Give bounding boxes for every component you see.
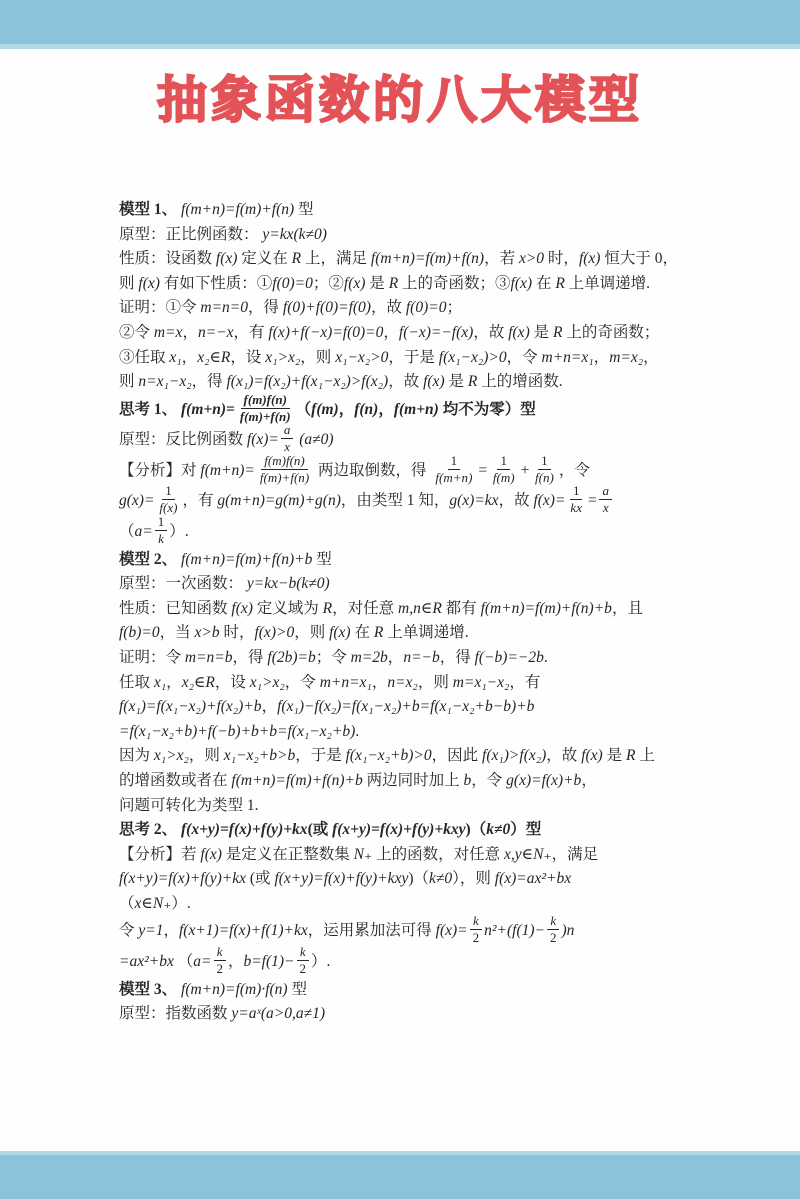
text-run: f(x) xyxy=(511,275,533,292)
text-run: f(m+n) xyxy=(435,470,472,485)
text-line: 模型 3、 f(m+n)=f(m)·f(n) 型 xyxy=(119,978,705,1003)
text-run: ，因此 xyxy=(432,747,482,764)
text-run: . xyxy=(544,649,548,666)
text-run: g(x)= xyxy=(119,492,154,509)
text-run: ，则 xyxy=(189,747,224,764)
text-run: 证明：①令 xyxy=(119,299,200,316)
text-run: 原型：正比例函数： xyxy=(119,226,262,243)
top-border-band-edge xyxy=(0,44,800,49)
text-run: 令 xyxy=(119,922,138,939)
text-run: f(x) xyxy=(579,250,601,267)
text-run: R xyxy=(389,275,398,292)
text-run: 的增函数或者在 xyxy=(119,772,231,789)
text-run: f(x) xyxy=(508,324,530,341)
text-run: ， xyxy=(228,953,244,970)
text-run: （ xyxy=(119,523,135,540)
text-run: 上的奇函数； xyxy=(562,324,659,341)
text-line: 则 n=x₁−x₂，得 f(x₁)=f(x₂)+f(x₁−x₂)>f(x₂)，故… xyxy=(119,370,705,395)
text-line: 思考 2、 f(x+y)=f(x)+f(y)+kx(或 f(x+y)=f(x)+… xyxy=(119,818,705,843)
text-run: 1 xyxy=(500,453,507,468)
fraction-numerator: 1 xyxy=(497,454,510,470)
text-run: k xyxy=(473,913,479,928)
text-line: 证明：①令 m=n=0，得 f(0)+f(0)=f(0)，故 f(0)=0； xyxy=(119,296,705,321)
fraction-numerator: 1 xyxy=(538,454,551,470)
text-run: ，有 xyxy=(234,324,269,341)
text-run: ，故 xyxy=(371,299,406,316)
fraction-denominator: 2 xyxy=(547,930,560,945)
text-run: ，有 xyxy=(509,674,540,691)
fraction: ax xyxy=(599,484,612,515)
text-run: ， xyxy=(339,401,355,418)
text-run: 型 xyxy=(294,201,313,218)
text-run: ，故 xyxy=(473,324,508,341)
text-run: ，设 xyxy=(215,674,250,691)
text-run: f(m+n)=f(m)+f(n) xyxy=(371,250,484,267)
text-line: 原型：正比例函数： y=kx(k≠0) xyxy=(119,223,705,248)
text-run: 1 xyxy=(158,514,165,529)
fraction-denominator: 2 xyxy=(213,961,226,976)
text-run: x₁>x₂ xyxy=(250,674,285,691)
text-run: k≠0 xyxy=(486,821,510,838)
text-run: 有如下性质：① xyxy=(160,275,272,292)
text-run: ，则 xyxy=(418,674,453,691)
text-run: f(m+n)= xyxy=(200,462,255,479)
text-run: f(m+n)=f(m)·f(n) xyxy=(181,981,288,998)
fraction: k2 xyxy=(470,914,483,945)
text-run: = xyxy=(587,492,597,509)
text-run: ）. xyxy=(311,953,330,970)
text-run: f(0)+f(0)=f(0) xyxy=(283,299,371,316)
text-run: m=x₂ xyxy=(609,349,643,366)
text-run: f(−x)=−f(x) xyxy=(399,324,473,341)
text-run: x xyxy=(284,439,290,454)
text-run: y=aˣ(a>0,a≠1) xyxy=(231,1005,325,1022)
text-run: f(x) xyxy=(138,275,160,292)
text-run: m+n=x₁ xyxy=(542,349,594,366)
fraction-numerator: k xyxy=(297,945,309,961)
text-run: ），则 xyxy=(452,870,495,887)
fraction-denominator: f(n) xyxy=(532,470,557,485)
text-run: f(x) xyxy=(231,600,253,617)
fraction-numerator: k xyxy=(214,945,226,961)
page-title: 抽象函数的八大模型 xyxy=(0,60,800,132)
text-run: x₁−x₂>0 xyxy=(335,349,388,366)
fraction: ax xyxy=(281,423,294,454)
text-run: g(x)=kx xyxy=(449,492,498,509)
text-run: 思考 2、 xyxy=(119,821,181,838)
text-line: =f(x₁−x₂+b)+f(−b)+b+b=f(x₁−x₂+b). xyxy=(119,720,705,745)
text-run: 2 xyxy=(216,961,223,976)
text-run: f(m+n)=f(m)+f(n)+b xyxy=(481,600,612,617)
text-run: ，当 xyxy=(160,624,195,641)
text-run: 2 xyxy=(550,930,557,945)
text-run: f(x)=ax²+bx xyxy=(495,870,571,887)
top-border-band xyxy=(0,0,800,44)
fraction: 1f(n) xyxy=(532,454,557,485)
text-run: 2 xyxy=(473,930,480,945)
text-line: =ax²+bx （a=k2，b=f(1)−k2）. xyxy=(119,947,705,978)
text-run: f(x) xyxy=(581,747,603,764)
text-run: n=x₁−x₂ xyxy=(138,373,191,390)
text-run: f(x)= xyxy=(247,431,279,448)
text-run: k xyxy=(217,944,223,959)
text-run: ，由类型 1 知， xyxy=(341,492,450,509)
fraction: 1f(m+n) xyxy=(432,454,475,485)
text-run: m,n∈R xyxy=(398,600,442,617)
text-run: ； xyxy=(446,299,462,316)
text-run: 思考 1、 xyxy=(119,401,181,418)
text-run: 因为 xyxy=(119,747,154,764)
text-run: f(m) xyxy=(493,470,515,485)
text-run: f(2b)=b xyxy=(267,649,315,666)
text-run: x₁>x₂ xyxy=(154,747,189,764)
text-run: ， xyxy=(262,698,278,715)
text-run: y=kx(k≠0) xyxy=(262,226,327,243)
text-run: )（ xyxy=(466,821,487,838)
text-run: = xyxy=(477,462,487,479)
text-run: a xyxy=(602,483,609,498)
text-run: ，对任意 xyxy=(332,600,398,617)
text-run: 【分析】若 xyxy=(119,846,200,863)
text-run: g(x)=f(x)+b xyxy=(506,772,581,789)
text-run: f(x)= xyxy=(533,492,565,509)
text-run: f(0)=0 xyxy=(406,299,447,316)
text-run: f(m+n)=f(m)+f(n) xyxy=(181,201,294,218)
fraction-denominator: f(m)+f(n) xyxy=(237,409,294,424)
text-run: b=f(1)− xyxy=(243,953,294,970)
text-line: 性质：设函数 f(x) 定义在 R 上，满足 f(m+n)=f(m)+f(n)，… xyxy=(119,247,705,272)
text-line: f(x+y)=f(x)+f(y)+kx (或 f(x+y)=f(x)+f(y)+… xyxy=(119,867,705,892)
text-line: 思考 1、 f(m+n)=f(m)f(n)f(m)+f(n)（f(m)，f(n)… xyxy=(119,395,705,426)
text-run: 1 xyxy=(573,483,580,498)
text-line: 令 y=1，f(x+1)=f(x)+f(1)+kx，运用累加法可得 f(x)=k… xyxy=(119,916,705,947)
text-run: m=n=0 xyxy=(200,299,248,316)
text-run: 1 xyxy=(451,453,458,468)
text-run: f(x)>0 xyxy=(254,624,294,641)
text-run: f(m)f(n) xyxy=(264,453,304,468)
text-run: 上的函数，对任意 xyxy=(372,846,504,863)
text-run: （ xyxy=(296,401,312,418)
fraction-denominator: kx xyxy=(567,500,585,515)
text-run: (a≠0) xyxy=(295,431,333,448)
text-run: 则 xyxy=(119,275,138,292)
text-run: 时， xyxy=(220,624,255,641)
text-line: 原型：反比例函数 f(x)=ax (a≠0) xyxy=(119,425,705,456)
text-run: f(m)f(n) xyxy=(244,392,287,407)
text-line: 原型：指数函数 y=aˣ(a>0,a≠1) xyxy=(119,1002,705,1027)
text-run: f(m)+f(n) xyxy=(260,470,309,485)
bottom-border-band xyxy=(0,1155,800,1199)
text-run: R xyxy=(374,624,383,641)
text-run: 是 xyxy=(530,324,553,341)
text-run: 上的奇函数；③ xyxy=(398,275,510,292)
text-run: f(x) xyxy=(159,500,177,515)
text-run: ，且 xyxy=(612,600,643,617)
text-line: ②令 m=x，n=−x，有 f(x)+f(−x)=f(0)=0，f(−x)=−f… xyxy=(119,321,705,346)
text-run: ，得 xyxy=(233,649,268,666)
text-run: f(n) xyxy=(354,401,378,418)
text-run: 问题可转化为类型 1. xyxy=(119,797,259,814)
text-run: 上单调递增. xyxy=(383,624,468,641)
text-line: f(x₁)=f(x₁−x₂)+f(x₂)+b，f(x₁)−f(x₂)=f(x₁−… xyxy=(119,695,705,720)
text-run: f(−b)=−2b xyxy=(475,649,544,666)
text-run: （ xyxy=(119,895,135,912)
text-run: m=2b xyxy=(351,649,388,666)
text-run: f(1)− xyxy=(512,922,545,939)
text-run: ；② xyxy=(313,275,344,292)
text-run: f(x)+f(−x)=f(0)=0 xyxy=(268,324,383,341)
text-line: （x∈N₊）. xyxy=(119,892,705,917)
text-run: (或 xyxy=(308,821,333,838)
text-run: m=x xyxy=(154,324,183,341)
text-run: 上的增函数. xyxy=(477,373,562,390)
text-run: 时， xyxy=(544,250,579,267)
text-run: 在 xyxy=(351,624,374,641)
text-run: f(x+y)=f(x)+f(y)+kxy xyxy=(332,821,465,838)
text-run: ，满足 xyxy=(552,846,599,863)
fraction-denominator: f(m+n) xyxy=(432,470,475,485)
text-run: ， xyxy=(182,324,198,341)
text-run: 型 xyxy=(288,981,307,998)
text-run: f(x+y)=f(x)+f(y)+kx xyxy=(119,870,246,887)
fraction-denominator: f(m) xyxy=(490,470,518,485)
text-run: a= xyxy=(193,953,211,970)
text-run: 模型 2、 xyxy=(119,551,181,568)
text-line: （a=1k）. xyxy=(119,517,705,548)
text-run: ，故 xyxy=(546,747,581,764)
text-run: x₂∈R xyxy=(182,674,215,691)
text-run: f(x+y)=f(x)+f(y)+kxy xyxy=(274,870,408,887)
fraction-numerator: a xyxy=(599,484,612,500)
text-run: ，则 xyxy=(300,349,335,366)
text-run: 是 xyxy=(603,747,626,764)
fraction: 1f(m) xyxy=(490,454,518,485)
fraction-denominator: k xyxy=(155,531,167,546)
text-run: y=1 xyxy=(138,922,163,939)
text-run: n=−x xyxy=(198,324,234,341)
text-run: k xyxy=(550,913,556,928)
text-run: 都有 xyxy=(442,600,481,617)
text-run: x∈N₊ xyxy=(135,895,172,912)
text-run: ③任取 xyxy=(119,349,169,366)
text-run: N₊ xyxy=(354,846,373,863)
text-run: f(0)=0 xyxy=(272,275,313,292)
text-run: ， xyxy=(594,349,610,366)
text-line: 模型 2、 f(m+n)=f(m)+f(n)+b 型 xyxy=(119,548,705,573)
text-run: )n xyxy=(562,922,575,939)
text-run: n²+( xyxy=(484,922,512,939)
text-run: k xyxy=(158,531,164,546)
text-run: ， xyxy=(383,324,399,341)
text-run: f(x) xyxy=(423,373,445,390)
text-run: f(x₁−x₂+b)>0 xyxy=(346,747,432,764)
text-run: 定义域为 xyxy=(253,600,323,617)
text-run: R xyxy=(323,600,332,617)
text-run: ，得 xyxy=(192,373,227,390)
text-run: f(m)+f(n) xyxy=(240,409,291,424)
text-run: x₂∈R xyxy=(197,349,230,366)
fraction-denominator: f(x) xyxy=(156,500,180,515)
text-run: f(x) xyxy=(200,846,222,863)
text-run: 是 xyxy=(365,275,388,292)
text-line: 任取 x₁，x₂∈R，设 x₁>x₂，令 m+n=x₁，n=x₂，则 m=x₁−… xyxy=(119,671,705,696)
text-run: k xyxy=(300,944,306,959)
text-run: f(x₁−x₂)>0 xyxy=(439,349,507,366)
fraction-denominator: f(m)+f(n) xyxy=(257,470,312,485)
text-run: ，故 xyxy=(388,373,423,390)
text-run: f(m+n)= xyxy=(181,401,235,418)
text-run: ， xyxy=(581,772,597,789)
text-run: 上单调递增. xyxy=(565,275,650,292)
text-run: ， xyxy=(388,649,404,666)
text-run: x,y∈N₊ xyxy=(504,846,552,863)
text-run: 两边取倒数，得 xyxy=(314,462,430,479)
text-run: x xyxy=(603,500,609,515)
text-run: kx xyxy=(570,500,582,515)
text-run: f(x+y)=f(x)+f(y)+kx xyxy=(181,821,308,838)
text-run: f(x₁)=f(x₁−x₂)+f(x₂)+b xyxy=(119,698,262,715)
text-run: ，则 xyxy=(294,624,329,641)
text-run: ，若 xyxy=(484,250,519,267)
text-run: x>b xyxy=(194,624,219,641)
fraction-numerator: 1 xyxy=(570,484,583,500)
fraction-numerator: 1 xyxy=(448,454,461,470)
text-run: f(x₁)−f(x₂)=f(x₁−x₂)+b=f(x₁−x₂+b−b)+b xyxy=(277,698,534,715)
text-run: 定义在 xyxy=(237,250,291,267)
text-run: =f(x₁−x₂+b)+f(−b)+b+b=f(x₁−x₂+b) xyxy=(119,723,355,740)
text-run: ，于是 xyxy=(388,349,438,366)
text-run: f(m) xyxy=(311,401,339,418)
fraction-denominator: 2 xyxy=(470,930,483,945)
document-body: 模型 1、 f(m+n)=f(m)+f(n) 型原型：正比例函数： y=kx(k… xyxy=(119,198,705,1027)
text-run: m+n=x₁ xyxy=(320,674,372,691)
fraction: k2 xyxy=(213,945,226,976)
text-run: 1 xyxy=(541,453,548,468)
text-run: 证明：令 xyxy=(119,649,185,666)
text-run: ）. xyxy=(169,523,188,540)
text-line: 性质：已知函数 f(x) 定义域为 R，对任意 m,n∈R 都有 f(m+n)=… xyxy=(119,597,705,622)
fraction: 1f(x) xyxy=(156,484,180,515)
text-run: R xyxy=(555,275,564,292)
text-run: )（ xyxy=(408,870,429,887)
text-run: 两边同时加上 xyxy=(363,772,464,789)
text-line: f(b)=0，当 x>b 时，f(x)>0，则 f(x) 在 R 上单调递增. xyxy=(119,621,705,646)
text-run: f(x) xyxy=(344,275,366,292)
text-run: R xyxy=(292,250,301,267)
text-run: x₁ xyxy=(154,674,166,691)
text-run: ）. xyxy=(171,895,190,912)
fraction: f(m)f(n)f(m)+f(n) xyxy=(237,393,294,424)
text-run: m=x₁−x₂ xyxy=(453,674,510,691)
text-run: x₁−x₂+b>b xyxy=(224,747,295,764)
text-run: 原型：反比例函数 xyxy=(119,431,247,448)
text-line: 【分析】对 f(m+n)=f(m)f(n)f(m)+f(n) 两边取倒数，得 1… xyxy=(119,456,705,487)
text-run: x₁ xyxy=(169,349,181,366)
fraction: f(m)f(n)f(m)+f(n) xyxy=(257,454,312,485)
text-line: 模型 1、 f(m+n)=f(m)+f(n) 型 xyxy=(119,198,705,223)
text-run: 是定义在正整数集 xyxy=(222,846,354,863)
text-run: f(x) xyxy=(329,624,351,641)
text-run: ， xyxy=(163,922,179,939)
text-run: ，于是 xyxy=(295,747,345,764)
text-run: ，运用累加法可得 xyxy=(308,922,436,939)
text-run: y=kx−b(k≠0) xyxy=(247,575,330,592)
text-run: f(n) xyxy=(535,470,554,485)
text-run: 任取 xyxy=(119,674,154,691)
text-run: ， xyxy=(182,349,198,366)
text-run: 是 xyxy=(445,373,468,390)
text-run: m=n=b xyxy=(185,649,233,666)
text-run: ，设 xyxy=(230,349,265,366)
text-run: a= xyxy=(135,523,153,540)
text-line: 证明：令 m=n=b，得 f(2b)=b；令 m=2b，n=−b，得 f(−b)… xyxy=(119,646,705,671)
text-run: ， xyxy=(166,674,182,691)
fraction-numerator: f(m)f(n) xyxy=(241,393,290,409)
text-run: 均不为零）型 xyxy=(439,401,536,418)
text-run: ，令 xyxy=(507,349,542,366)
text-run: 1 xyxy=(165,483,172,498)
fraction: 1k xyxy=(155,515,168,546)
fraction-numerator: k xyxy=(470,914,482,930)
fraction-denominator: 2 xyxy=(297,961,310,976)
text-run: ，令 xyxy=(471,772,506,789)
fraction-denominator: x xyxy=(281,439,293,454)
text-line: ③任取 x₁，x₂∈R，设 x₁>x₂，则 x₁−x₂>0，于是 f(x₁−x₂… xyxy=(119,346,705,371)
text-run: f(x₁)=f(x₂)+f(x₁−x₂)>f(x₂) xyxy=(227,373,389,390)
text-run: f(b)=0 xyxy=(119,624,160,641)
text-run: R xyxy=(468,373,477,390)
text-run: 性质：设函数 xyxy=(119,250,216,267)
text-run: 原型：指数函数 xyxy=(119,1005,231,1022)
text-run: ， xyxy=(378,401,394,418)
text-run: =ax²+bx xyxy=(119,953,174,970)
text-run: + xyxy=(520,462,530,479)
text-run: ，令 xyxy=(559,462,590,479)
text-run: 模型 3、 xyxy=(119,981,181,998)
text-run: 原型：一次函数： xyxy=(119,575,247,592)
fraction: k2 xyxy=(547,914,560,945)
text-run: 型 xyxy=(312,551,331,568)
text-run: ，令 xyxy=(285,674,320,691)
text-run: 上，满足 xyxy=(301,250,371,267)
text-run: k≠0 xyxy=(429,870,452,887)
text-run: f(x) xyxy=(216,250,238,267)
text-run: x>0 xyxy=(519,250,544,267)
text-run: ， xyxy=(643,349,659,366)
text-run: 则 xyxy=(119,373,138,390)
fraction-numerator: f(m)f(n) xyxy=(261,454,307,470)
fraction-numerator: 1 xyxy=(155,515,168,531)
text-run: x₁>x₂ xyxy=(265,349,300,366)
text-run: 在 xyxy=(532,275,555,292)
text-run: a xyxy=(284,422,291,437)
fraction-numerator: k xyxy=(547,914,559,930)
text-run: f(m+n)=f(m)+f(n)+b xyxy=(231,772,362,789)
fraction-numerator: a xyxy=(281,423,294,439)
text-run: ；令 xyxy=(316,649,351,666)
text-run: f(x₁)>f(x₂) xyxy=(482,747,546,764)
text-run: 【分析】对 xyxy=(119,462,200,479)
text-run: ，有 xyxy=(182,492,217,509)
text-run: ）型 xyxy=(510,821,541,838)
fraction-denominator: x xyxy=(600,500,612,515)
text-run: f(x+1)=f(x)+f(1)+kx xyxy=(179,922,308,939)
text-run: 模型 1、 xyxy=(119,201,181,218)
text-run: f(x)= xyxy=(436,922,468,939)
text-run: n=−b xyxy=(403,649,439,666)
text-run: 2 xyxy=(300,961,307,976)
text-run: . xyxy=(355,723,359,740)
